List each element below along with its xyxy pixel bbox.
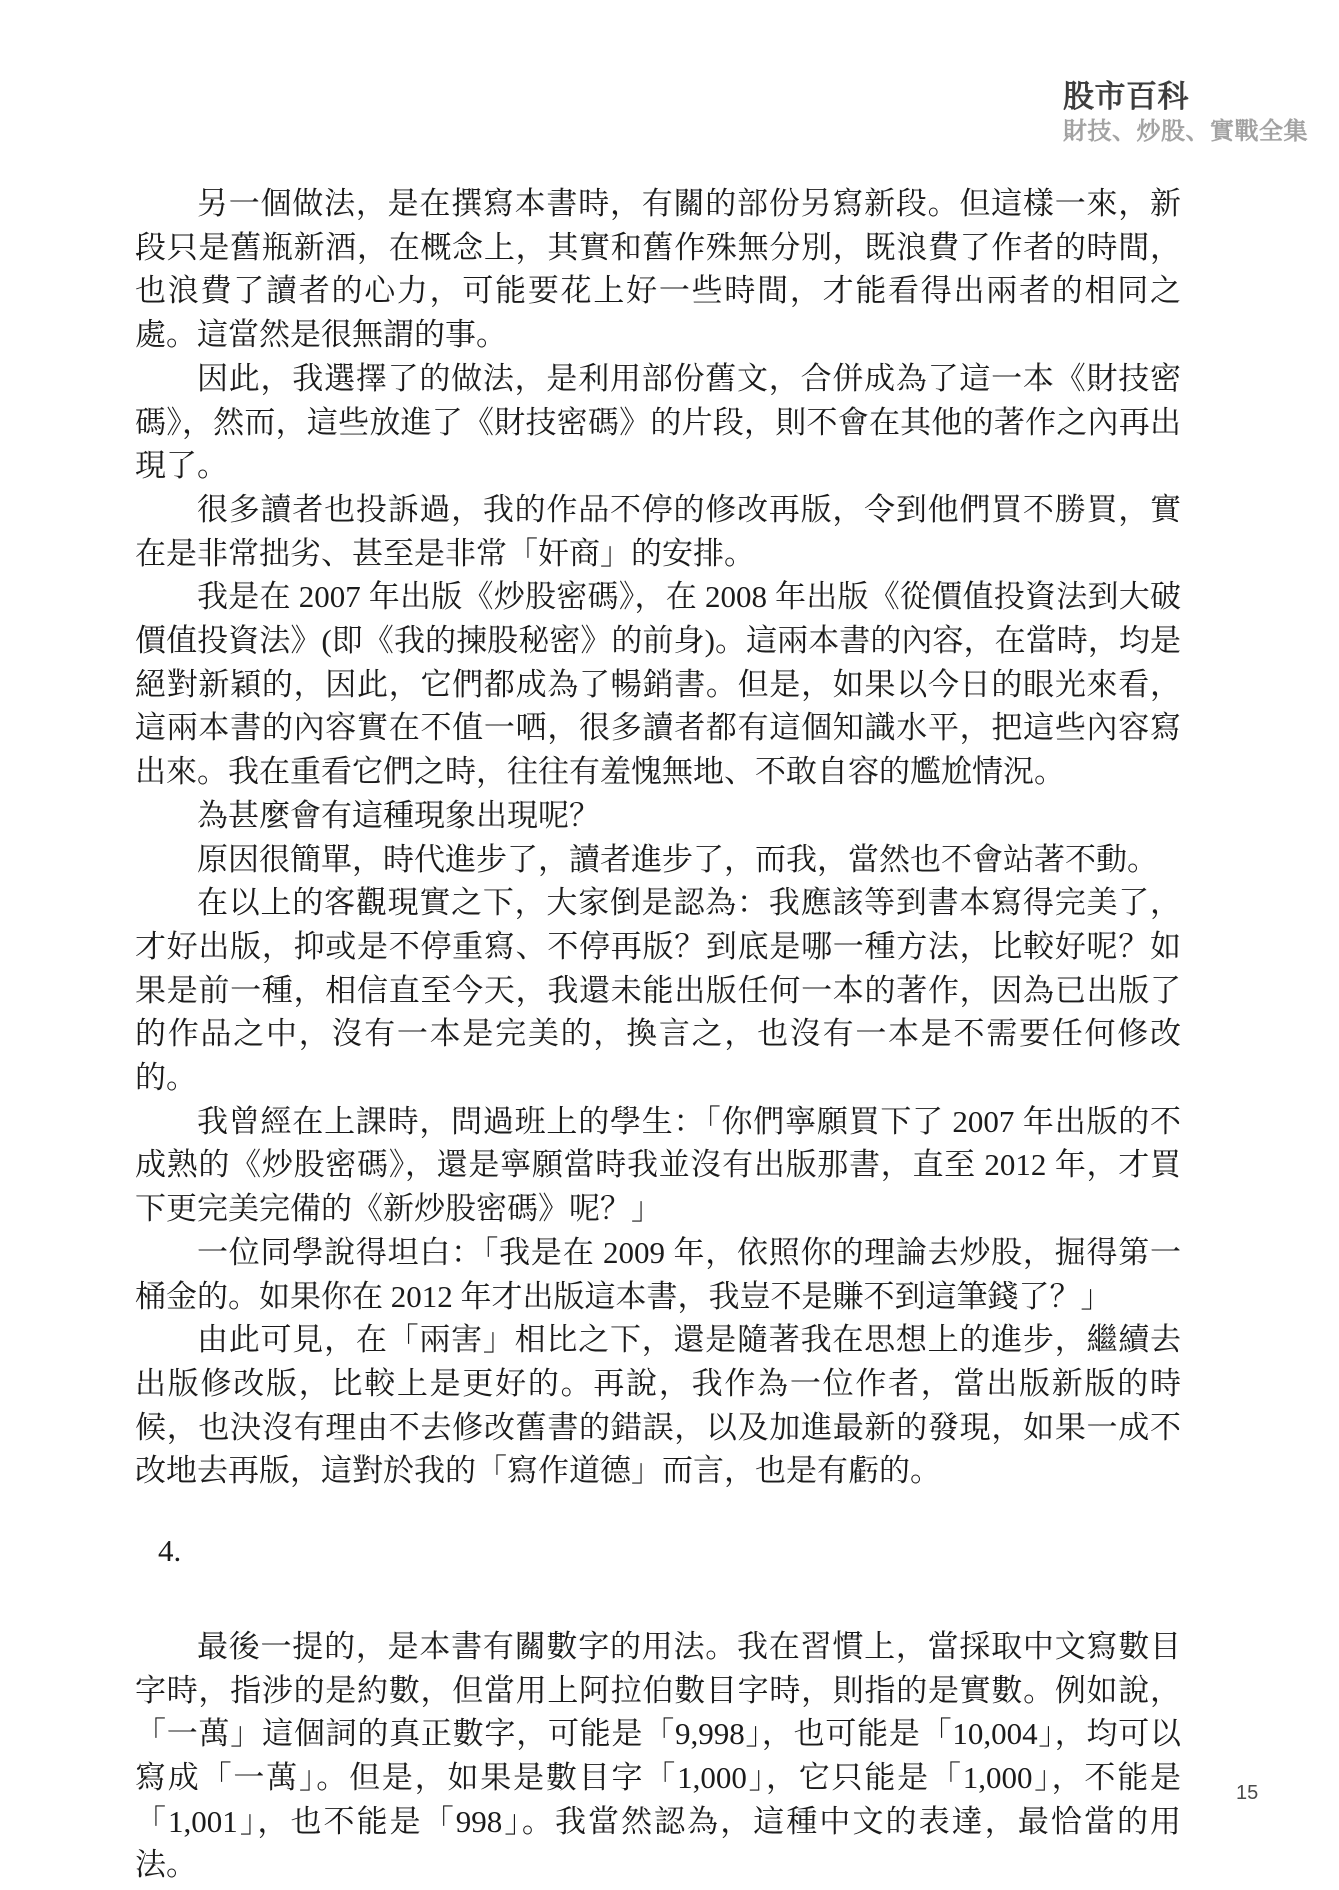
paragraph-6: 原因很簡單，時代進步了，讀者進步了，而我，當然也不會站著不動。 — [135, 838, 1181, 882]
paragraph-4: 我是在 2007 年出版《炒股密碼》，在 2008 年出版《從價值投資法到大破價… — [135, 575, 1181, 794]
book-page: 股市百科 財技、炒股、實戰全集 另一個做法，是在撰寫本書時，有關的部份另寫新段。… — [0, 0, 1339, 1890]
section-number: 4. — [135, 1529, 1181, 1573]
paragraph-7: 在以上的客觀現實之下，大家倒是認為：我應該等到書本寫得完美了，才好出版，抑或是不… — [135, 881, 1181, 1100]
paragraph-10: 由此可見，在「兩害」相比之下，還是隨著我在思想上的進步，繼續去出版修改版，比較上… — [135, 1318, 1181, 1493]
paragraph-2: 因此，我選擇了的做法，是利用部份舊文，合併成為了這一本《財技密碼》，然而，這些放… — [135, 357, 1181, 488]
page-number: 15 — [1236, 1782, 1258, 1805]
book-series-title: 股市百科 — [1063, 80, 1308, 114]
paragraph-8: 我曾經在上課時，問過班上的學生：「你們寧願買下了 2007 年出版的不成熟的《炒… — [135, 1100, 1181, 1231]
book-subtitle: 財技、炒股、實戰全集 — [1063, 119, 1308, 145]
paragraph-9: 一位同學說得坦白：「我是在 2009 年，依照你的理論去炒股，掘得第一桶金的。如… — [135, 1231, 1181, 1318]
page-header: 股市百科 財技、炒股、實戰全集 — [1063, 80, 1308, 145]
paragraph-3: 很多讀者也投訴過，我的作品不停的修改再版，令到他們買不勝買，實在是非常拙劣、甚至… — [135, 488, 1181, 575]
paragraph-5: 為甚麼會有這種現象出現呢？ — [135, 794, 1181, 838]
paragraph-section4-1: 最後一提的，是本書有關數字的用法。我在習慣上，當採取中文寫數目字時，指涉的是約數… — [135, 1625, 1181, 1887]
paragraph-1: 另一個做法，是在撰寫本書時，有關的部份另寫新段。但這樣一來，新段只是舊瓶新酒，在… — [135, 182, 1181, 357]
body-text: 另一個做法，是在撰寫本書時，有關的部份另寫新段。但這樣一來，新段只是舊瓶新酒，在… — [135, 182, 1181, 1887]
